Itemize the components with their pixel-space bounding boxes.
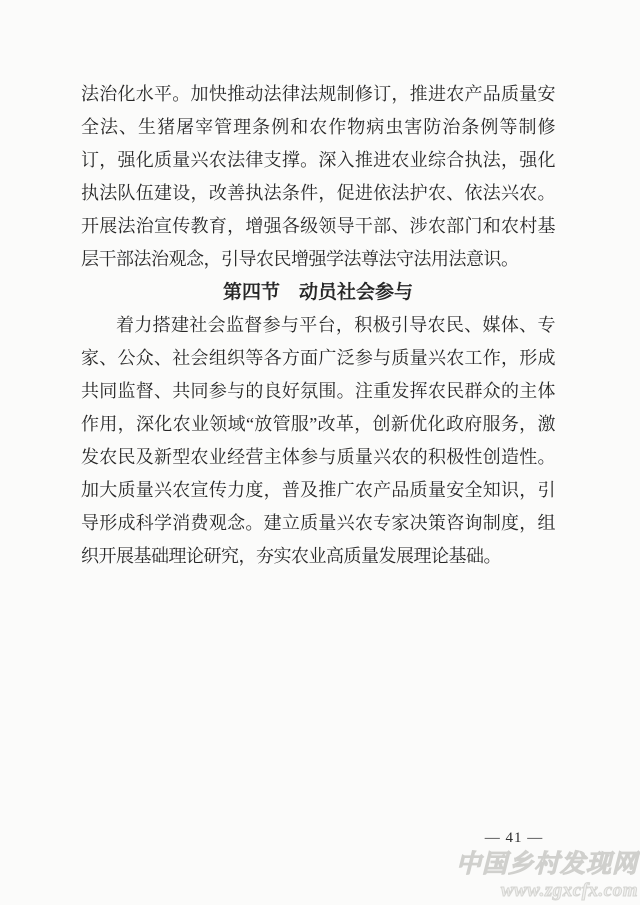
text-line: 法治化水平。加快推动法律法规制修订，推进农产品质量安 [81,78,555,111]
section-heading: 第四节 动员社会参与 [81,276,555,309]
text-line: 共同监督、共同参与的良好氛围。注重发挥农民群众的主体 [81,375,555,408]
watermark-site-name: 中国乡村发现网 [456,852,638,877]
text-line: 作用，深化农业领域“放管服”改革，创新优化政府服务，激 [81,408,555,441]
watermark-site-url: www.zgxcfx.com [456,881,638,900]
text-line: 加大质量兴农宣传力度，普及推广农产品质量安全知识，引 [81,474,555,507]
document-page: 法治化水平。加快推动法律法规制修订，推进农产品质量安 全法、生猪屠宰管理条例和农… [0,0,640,905]
text-line: 着力搭建社会监督参与平台，积极引导农民、媒体、专 [81,309,555,342]
text-line: 层干部法治观念，引导农民增强学法尊法守法用法意识。 [81,243,555,276]
page-body: 法治化水平。加快推动法律法规制修订，推进农产品质量安 全法、生猪屠宰管理条例和农… [81,78,555,573]
text-line: 织开展基础理论研究，夯实农业高质量发展理论基础。 [81,540,555,573]
text-line: 导形成科学消费观念。建立质量兴农专家决策咨询制度，组 [81,507,555,540]
page-number: — 41 — [452,830,576,847]
text-line: 订，强化质量兴农法律支撑。深入推进农业综合执法，强化 [81,144,555,177]
text-line: 家、公众、社会组织等各方面广泛参与质量兴农工作，形成 [81,342,555,375]
text-line: 开展法治宣传教育，增强各级领导干部、涉农部门和农村基 [81,210,555,243]
text-line: 全法、生猪屠宰管理条例和农作物病虫害防治条例等制修 [81,111,555,144]
text-line: 执法队伍建设，改善执法条件，促进依法护农、依法兴农。 [81,177,555,210]
text-line: 发农民及新型农业经营主体参与质量兴农的积极性创造性。 [81,441,555,474]
watermark: 中国乡村发现网 www.zgxcfx.com [456,852,638,900]
